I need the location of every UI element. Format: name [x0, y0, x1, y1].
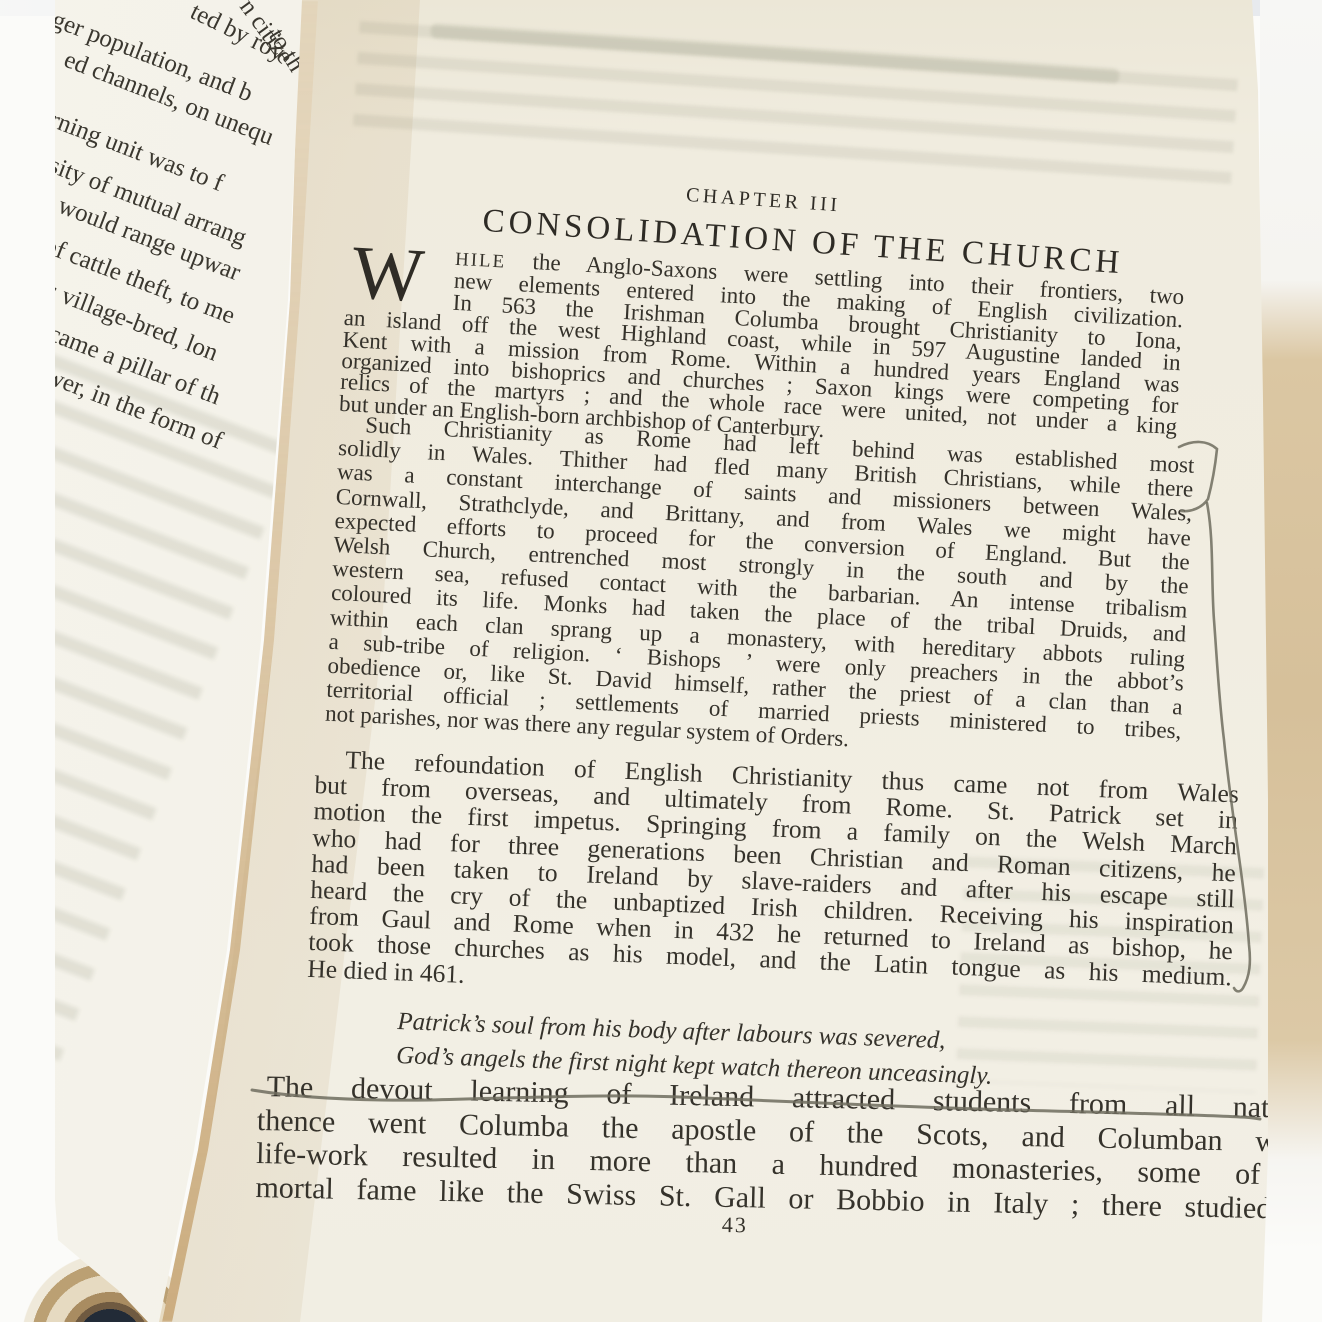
page-number: 43 — [722, 1212, 748, 1238]
paragraph-2: Such Christianity as Rome had left behin… — [325, 412, 1195, 768]
paragraph-4: The devout learning of Ireland attracted… — [255, 1070, 1320, 1226]
paragraph-3: The refoundation of English Christianity… — [307, 746, 1239, 1017]
book-photo: CHAPTER III CONSOLIDATION OF THE CHURCH … — [0, 0, 1322, 1322]
drop-cap: W — [351, 243, 426, 305]
page-edge-right-strip — [1260, 0, 1322, 1322]
